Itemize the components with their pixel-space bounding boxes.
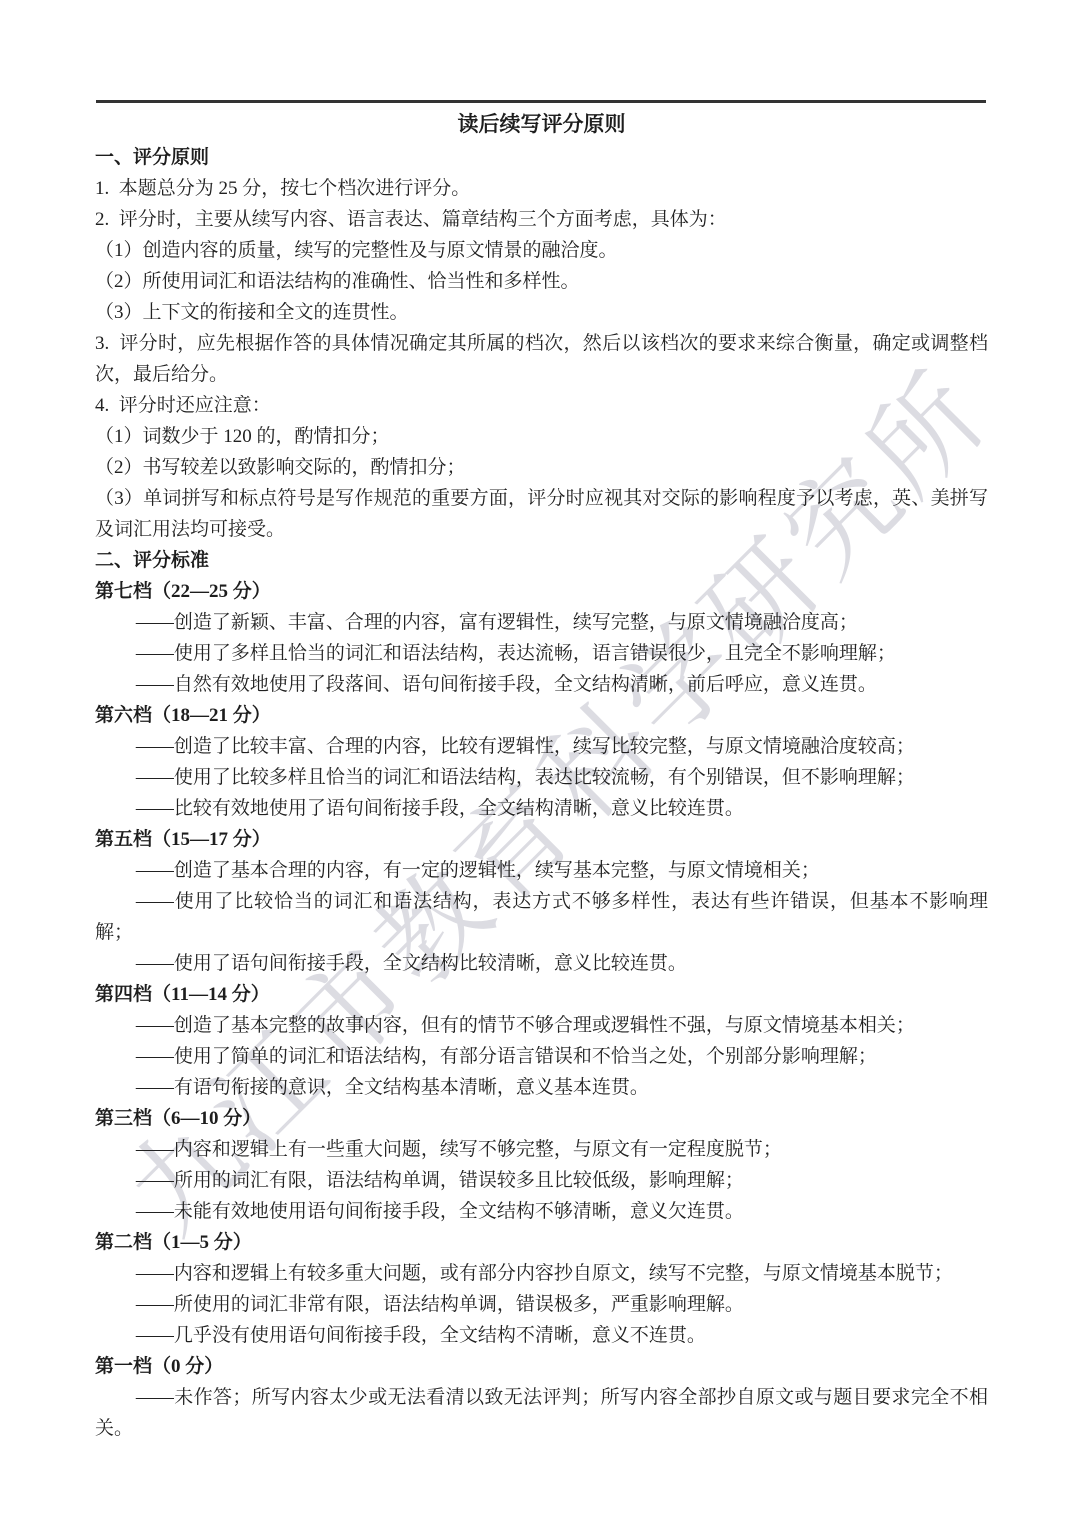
tier-2: 第二档（1—5 分） ——内容和逻辑上有较多重大问题，或有部分内容抄自原文，续写… [95,1227,988,1351]
page-title: 读后续写评分原则 [95,106,988,142]
tier-2-point-1: ——内容和逻辑上有较多重大问题，或有部分内容抄自原文，续写不完整，与原文情境基本… [95,1258,988,1289]
tier-7-title: 第七档（22—25 分） [95,576,988,607]
tier-3: 第三档（6—10 分） ——内容和逻辑上有一些重大问题，续写不够完整，与原文有一… [95,1103,988,1227]
tier-7-point-1: ——创造了新颖、丰富、合理的内容，富有逻辑性，续写完整，与原文情境融洽度高； [95,607,988,638]
tier-4-point-1: ——创造了基本完整的故事内容，但有的情节不够合理或逻辑性不强，与原文情境基本相关… [95,1010,988,1041]
section-heading-principles: 一、评分原则 [95,142,988,173]
principle-1: 1. 本题总分为 25 分，按七个档次进行评分。 [95,173,988,204]
tier-4-point-2: ——使用了简单的词汇和语法结构，有部分语言错误和不恰当之处，个别部分影响理解； [95,1041,988,1072]
principle-2-sub-1: （1）创造内容的质量，续写的完整性及与原文情景的融洽度。 [95,235,988,266]
tier-5: 第五档（15—17 分） ——创造了基本合理的内容，有一定的逻辑性，续写基本完整… [95,824,988,979]
tier-5-point-3: ——使用了语句间衔接手段，全文结构比较清晰，意义比较连贯。 [95,948,988,979]
tier-7-point-2: ——使用了多样且恰当的词汇和语法结构，表达流畅，语言错误很少，且完全不影响理解； [95,638,988,669]
tier-1: 第一档（0 分） ——未作答；所写内容太少或无法看清以致无法评判；所写内容全部抄… [95,1351,988,1444]
tier-7: 第七档（22—25 分） ——创造了新颖、丰富、合理的内容，富有逻辑性，续写完整… [95,576,988,700]
principle-2: 2. 评分时，主要从续写内容、语言表达、篇章结构三个方面考虑，具体为： [95,204,988,235]
principle-2-sub-2: （2）所使用词汇和语法结构的准确性、恰当性和多样性。 [95,266,988,297]
tier-6-point-3: ——比较有效地使用了语句间衔接手段，全文结构清晰，意义比较连贯。 [95,793,988,824]
tier-4-point-3: ——有语句衔接的意识，全文结构基本清晰，意义基本连贯。 [95,1072,988,1103]
document-page: 九江市教育科学研究所 读后续写评分原则 一、评分原则 1. 本题总分为 25 分… [0,0,1080,1527]
tier-5-title: 第五档（15—17 分） [95,824,988,855]
header-rule [96,100,986,103]
principle-2-sub-3: （3）上下文的衔接和全文的连贯性。 [95,297,988,328]
section-heading-standards: 二、评分标准 [95,545,988,576]
tier-6-point-1: ——创造了比较丰富、合理的内容，比较有逻辑性，续写比较完整，与原文情境融洽度较高… [95,731,988,762]
tier-7-point-3: ——自然有效地使用了段落间、语句间衔接手段，全文结构清晰，前后呼应，意义连贯。 [95,669,988,700]
document-body: 读后续写评分原则 一、评分原则 1. 本题总分为 25 分，按七个档次进行评分。… [95,106,988,1444]
tier-3-point-3: ——未能有效地使用语句间衔接手段，全文结构不够清晰，意义欠连贯。 [95,1196,988,1227]
tier-2-point-2: ——所使用的词汇非常有限，语法结构单调，错误极多，严重影响理解。 [95,1289,988,1320]
tier-4-title: 第四档（11—14 分） [95,979,988,1010]
tier-5-point-2: ——使用了比较恰当的词汇和语法结构，表达方式不够多样性，表达有些许错误，但基本不… [95,886,988,948]
tier-5-point-1: ——创造了基本合理的内容，有一定的逻辑性，续写基本完整，与原文情境相关； [95,855,988,886]
tier-3-title: 第三档（6—10 分） [95,1103,988,1134]
principle-4: 4. 评分时还应注意： [95,390,988,421]
tier-1-title: 第一档（0 分） [95,1351,988,1382]
tier-6-point-2: ——使用了比较多样且恰当的词汇和语法结构，表达比较流畅，有个别错误，但不影响理解… [95,762,988,793]
tier-1-point-1: ——未作答；所写内容太少或无法看清以致无法评判；所写内容全部抄自原文或与题目要求… [95,1382,988,1444]
tier-3-point-2: ——所用的词汇有限，语法结构单调，错误较多且比较低级，影响理解； [95,1165,988,1196]
tier-3-point-1: ——内容和逻辑上有一些重大问题，续写不够完整，与原文有一定程度脱节； [95,1134,988,1165]
tier-4: 第四档（11—14 分） ——创造了基本完整的故事内容，但有的情节不够合理或逻辑… [95,979,988,1103]
principle-4-sub-2: （2）书写较差以致影响交际的，酌情扣分； [95,452,988,483]
tier-2-point-3: ——几乎没有使用语句间衔接手段，全文结构不清晰，意义不连贯。 [95,1320,988,1351]
tier-2-title: 第二档（1—5 分） [95,1227,988,1258]
principle-4-sub-3: （3）单词拼写和标点符号是写作规范的重要方面，评分时应视其对交际的影响程度予以考… [95,483,988,545]
tier-6: 第六档（18—21 分） ——创造了比较丰富、合理的内容，比较有逻辑性，续写比较… [95,700,988,824]
principle-4-sub-1: （1）词数少于 120 的，酌情扣分； [95,421,988,452]
tier-6-title: 第六档（18—21 分） [95,700,988,731]
principle-3: 3. 评分时，应先根据作答的具体情况确定其所属的档次，然后以该档次的要求来综合衡… [95,328,988,390]
